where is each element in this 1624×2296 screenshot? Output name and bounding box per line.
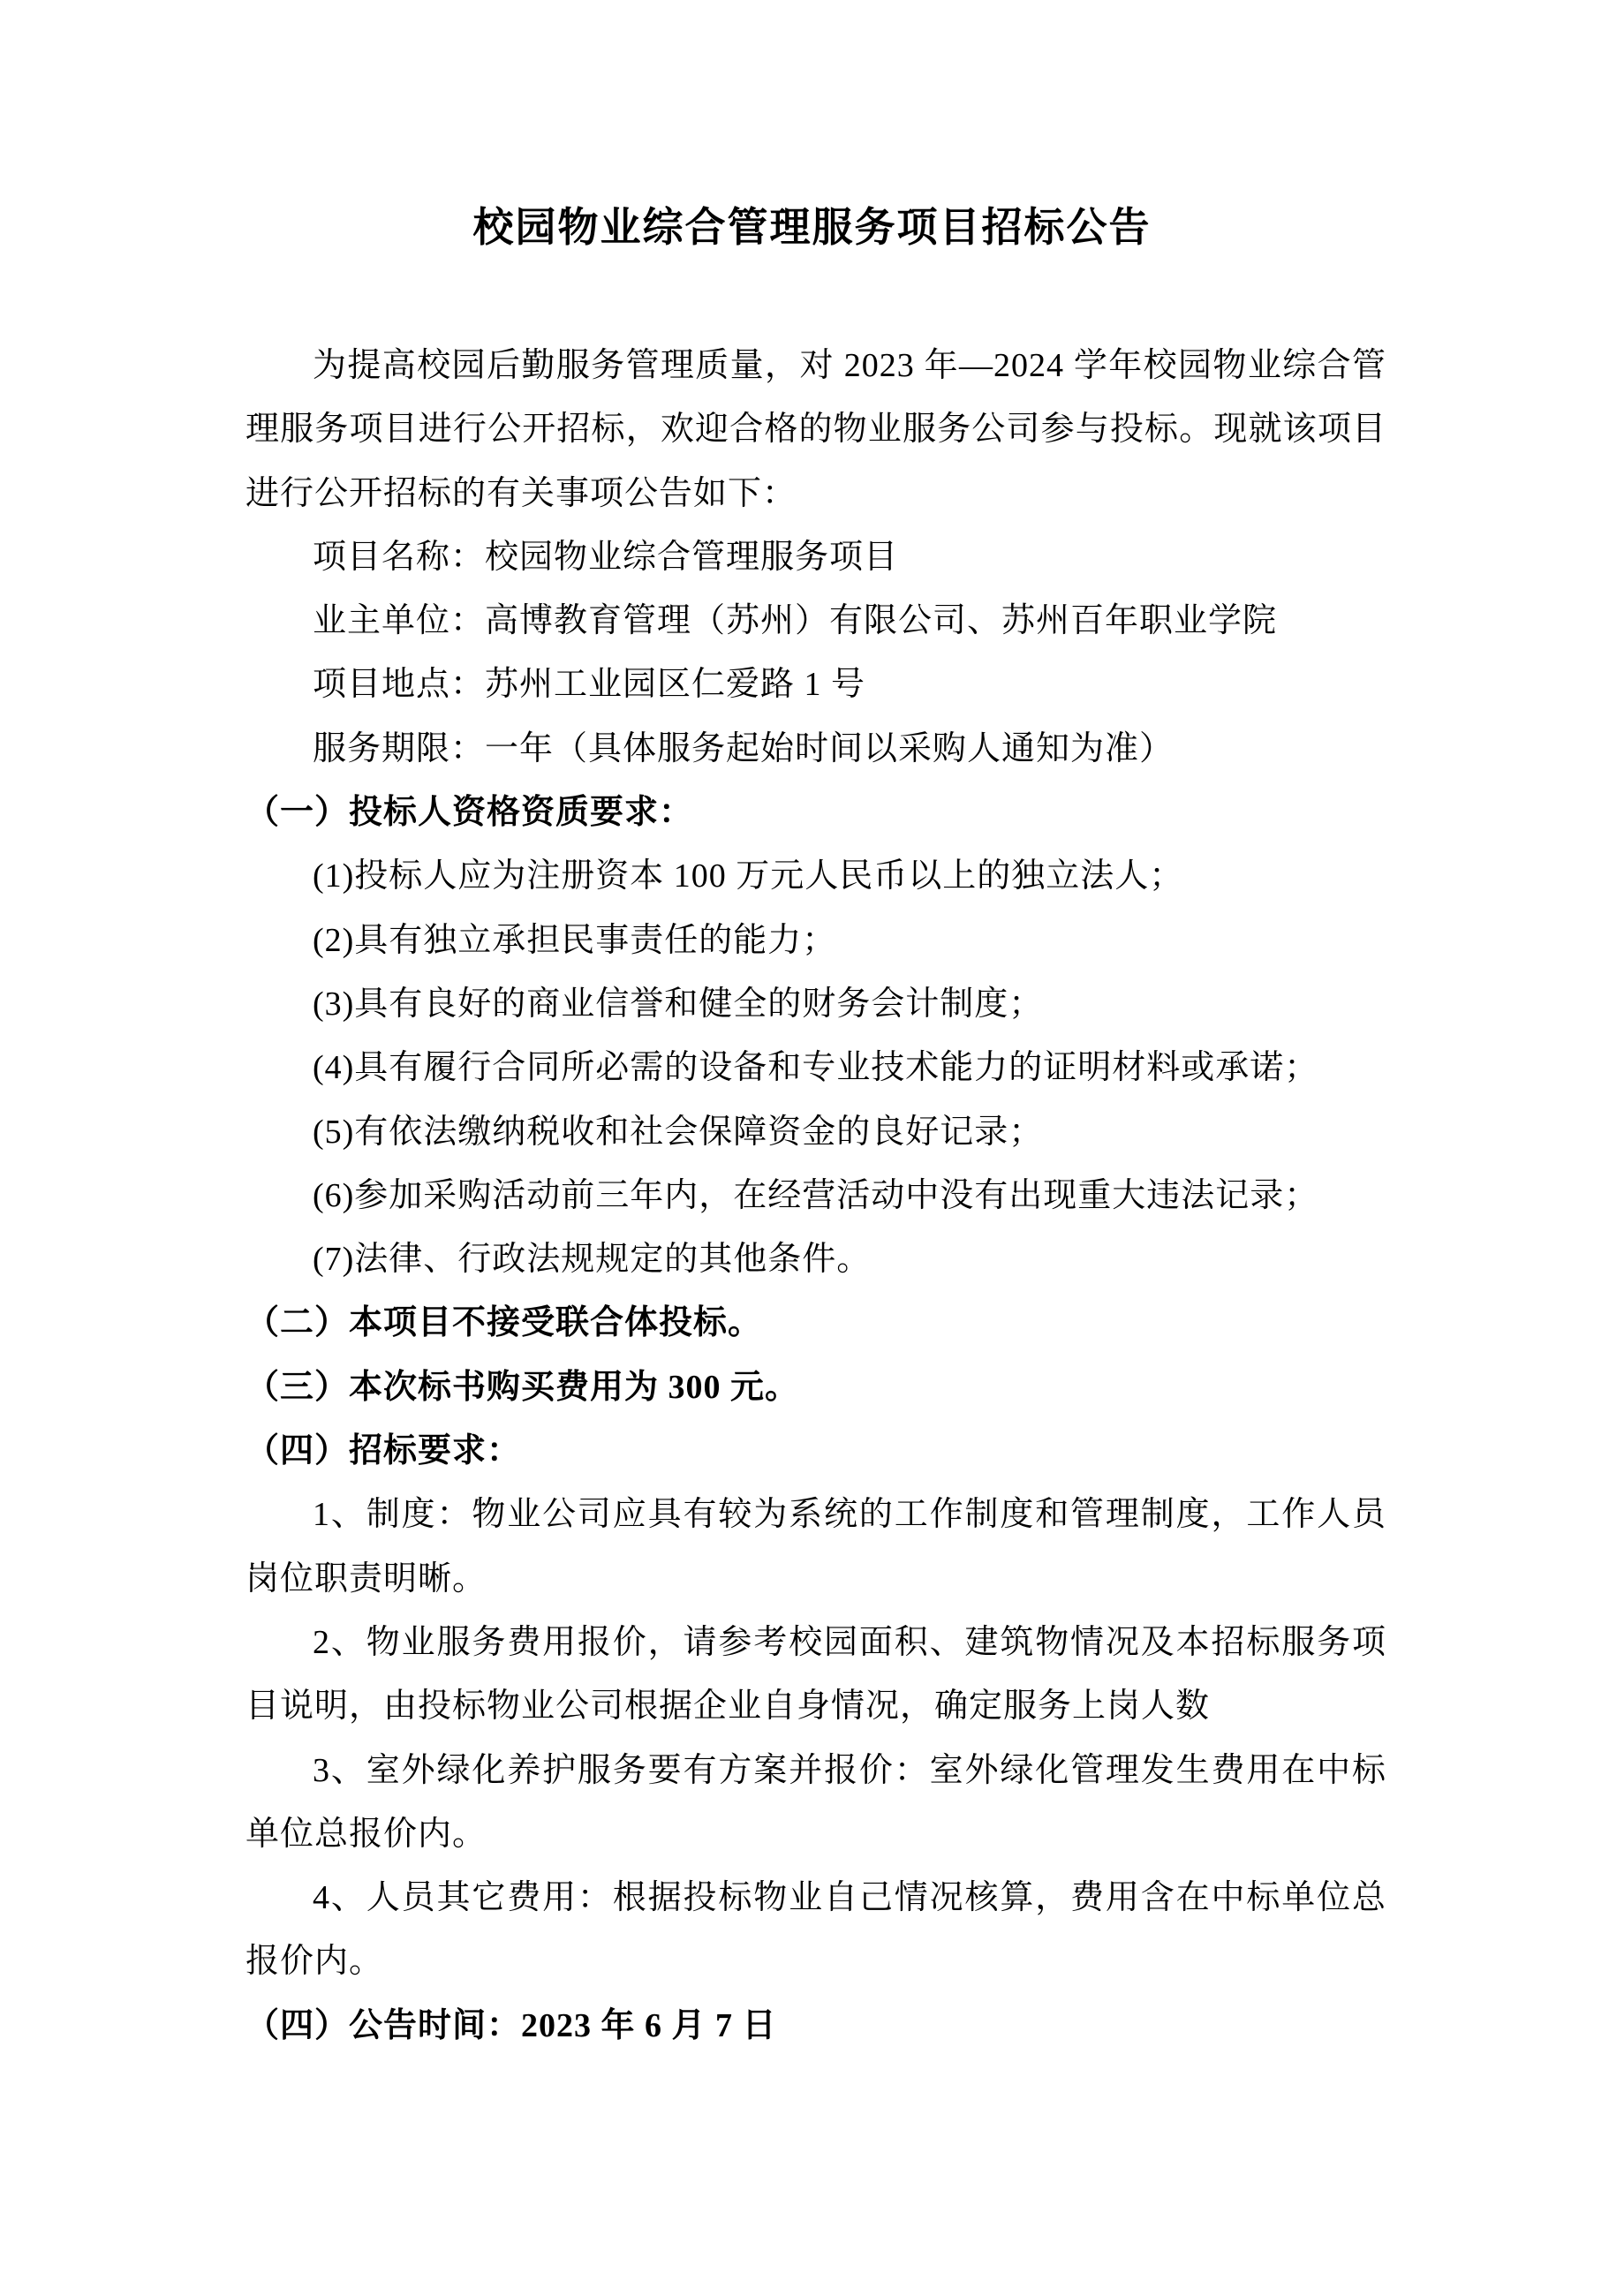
document-title: 校园物业综合管理服务项目招标公告 xyxy=(0,201,1624,254)
paragraph: 服务期限：一年（具体服务起始时间以采购人通知为准） xyxy=(245,717,1386,781)
section-heading: （一）投标人资格资质要求： xyxy=(245,781,1386,844)
paragraph: 项目地点：苏州工业园区仁爱路 1 号 xyxy=(245,653,1386,716)
paragraph: (7)法律、行政法规规定的其他条件。 xyxy=(245,1227,1386,1291)
section-heading: （二）本项目不接受联合体投标。 xyxy=(245,1291,1386,1355)
paragraph: (1)投标人应为注册资本 100 万元人民币以上的独立法人； xyxy=(245,844,1386,908)
paragraph: (3)具有良好的商业信誉和健全的财务会计制度； xyxy=(245,972,1386,1036)
section-heading: （四）公告时间：2023 年 6 月 7 日 xyxy=(245,1994,1386,2058)
paragraph: (2)具有独立承担民事责任的能力； xyxy=(245,909,1386,972)
paragraph: (4)具有履行合同所必需的设备和专业技术能力的证明材料或承诺； xyxy=(245,1036,1386,1099)
paragraph: 4、人员其它费用：根据投标物业自己情况核算，费用含在中标单位总报价内。 xyxy=(245,1866,1386,1994)
document-page: 校园物业综合管理服务项目招标公告 为提高校园后勤服务管理质量，对 2023 年—… xyxy=(0,0,1624,2296)
paragraph: 3、室外绿化养护服务要有方案并报价：室外绿化管理发生费用在中标单位总报价内。 xyxy=(245,1739,1386,1867)
paragraph: 1、制度：物业公司应具有较为系统的工作制度和管理制度，工作人员岗位职责明晰。 xyxy=(245,1483,1386,1611)
section-heading: （三）本次标书购买费用为 300 元。 xyxy=(245,1356,1386,1419)
section-heading: （四）招标要求： xyxy=(245,1419,1386,1483)
paragraph: 2、物业服务费用报价，请参考校园面积、建筑物情况及本招标服务项目说明，由投标物业… xyxy=(245,1611,1386,1739)
paragraph: (6)参加采购活动前三年内，在经营活动中没有出现重大违法记录； xyxy=(245,1164,1386,1227)
paragraph: (5)有依法缴纳税收和社会保障资金的良好记录； xyxy=(245,1100,1386,1164)
paragraph: 项目名称：校园物业综合管理服务项目 xyxy=(245,525,1386,589)
document-body: 为提高校园后勤服务管理质量，对 2023 年—2024 学年校园物业综合管理服务… xyxy=(245,334,1386,2058)
paragraph: 为提高校园后勤服务管理质量，对 2023 年—2024 学年校园物业综合管理服务… xyxy=(245,334,1386,525)
paragraph: 业主单位：高博教育管理（苏州）有限公司、苏州百年职业学院 xyxy=(245,589,1386,653)
